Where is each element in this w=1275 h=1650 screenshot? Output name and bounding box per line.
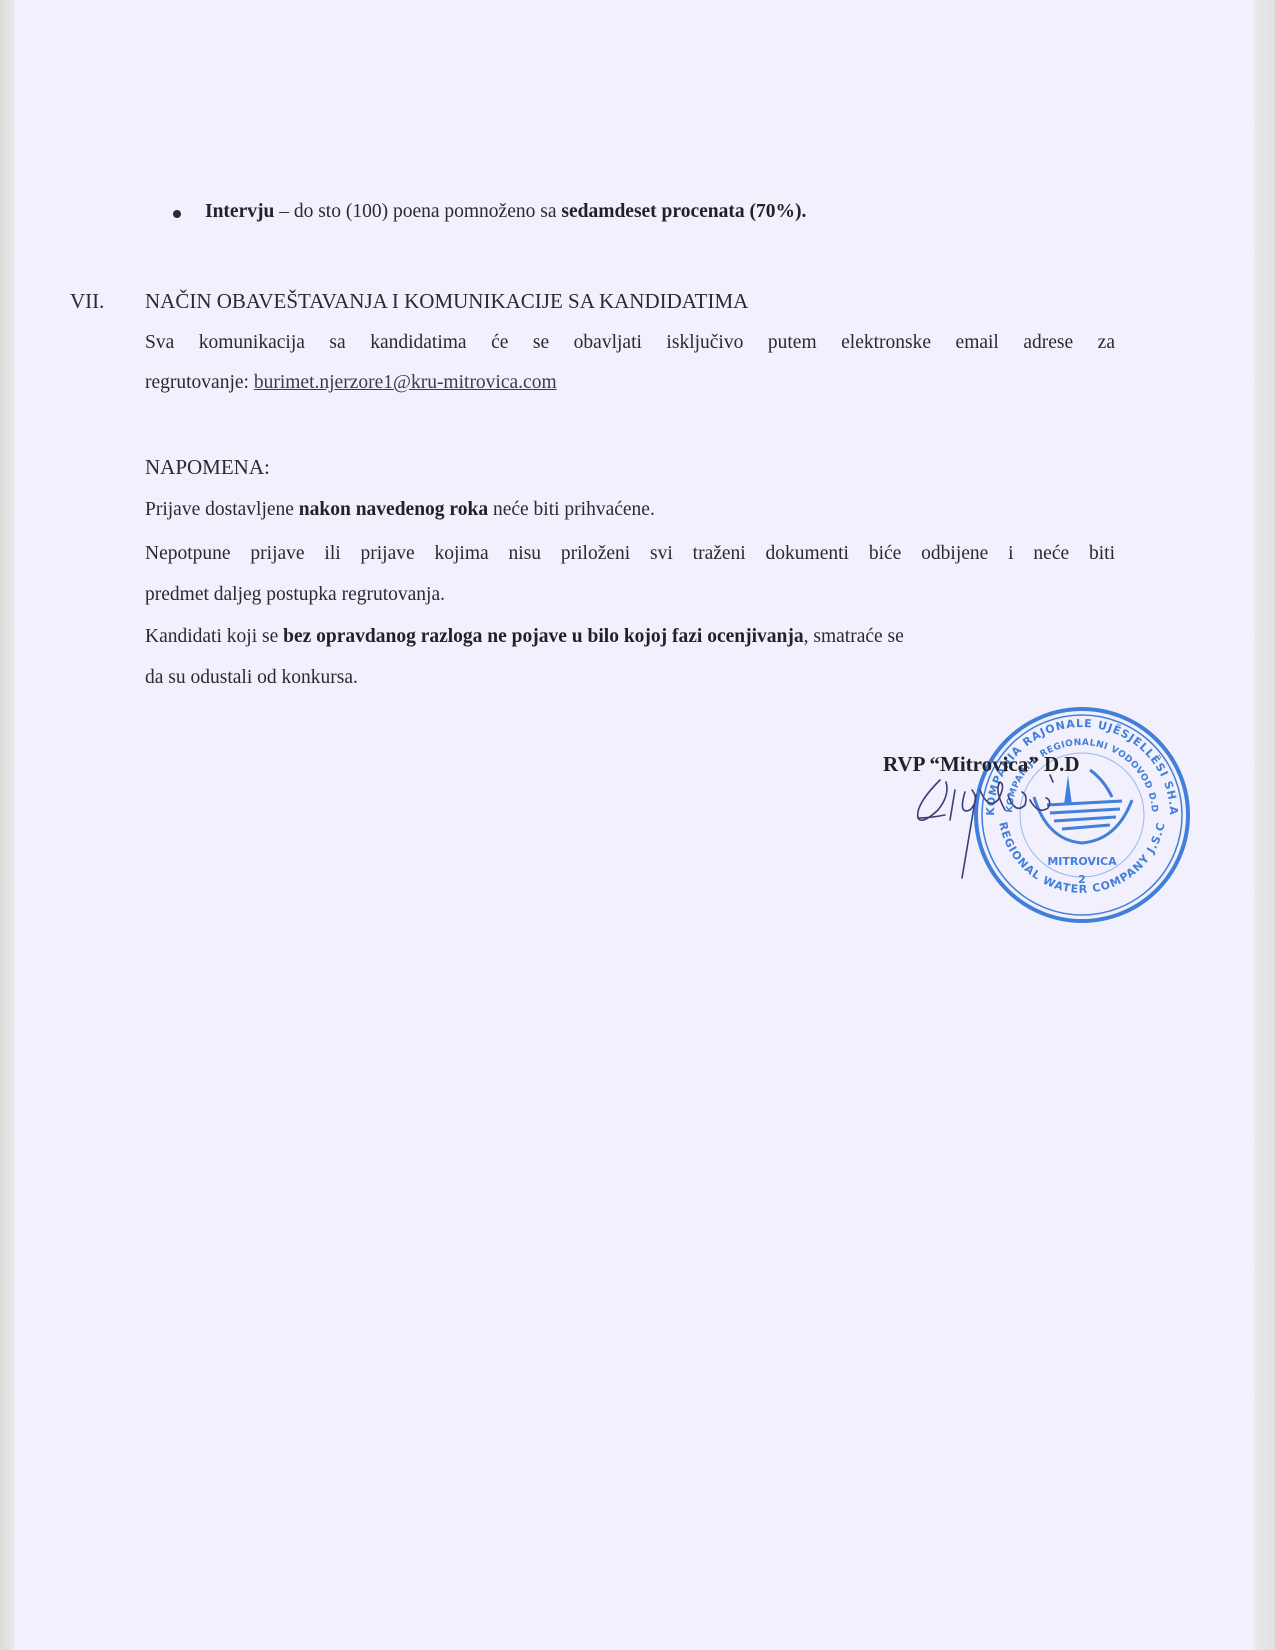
- section-number: VII.: [70, 289, 104, 314]
- recruitment-email-link[interactable]: burimet.njerzore1@kru-mitrovica.com: [254, 372, 557, 393]
- section-title: NAČIN OBAVEŠTAVANJA I KOMUNIKACIJE SA KA…: [145, 289, 748, 314]
- note-line-2: Nepotpune prijave ili prijave kojima nis…: [145, 543, 1115, 565]
- note-line-4: Kandidati koji se bez opravdanog razloga…: [145, 626, 904, 648]
- note-line-4-post: , smatraće se: [804, 626, 904, 647]
- bullet-label: Intervju: [205, 201, 274, 222]
- bullet-interview: Intervju – do sto (100) poena pomnoženo …: [205, 201, 806, 223]
- note-line-1-post: neće biti prihvaćene.: [488, 499, 655, 520]
- note-line-3: predmet daljeg postupka regrutovanja.: [145, 584, 445, 606]
- page-edge-right: [1254, 0, 1275, 1650]
- email-prefix: regrutovanje:: [145, 372, 254, 393]
- note-heading: NAPOMENA:: [145, 455, 270, 480]
- page-edge-left: [0, 0, 14, 1650]
- note-line-1-bold: nakon navedenog roka: [299, 499, 488, 520]
- section-paragraph-line-2: regrutovanje: burimet.njerzore1@kru-mitr…: [145, 372, 557, 394]
- svg-text:2: 2: [1078, 873, 1086, 886]
- note-line-1-pre: Prijave dostavljene: [145, 499, 299, 520]
- note-line-5: da su odustali od konkursa.: [145, 667, 358, 689]
- note-line-1: Prijave dostavljene nakon navedenog roka…: [145, 499, 655, 521]
- note-line-4-bold: bez opravdanog razloga ne pojave u bilo …: [283, 626, 804, 647]
- section-paragraph-line-1: Sva komunikacija sa kandidatima će se ob…: [145, 332, 1115, 354]
- bullet-emphasis: sedamdeset procenata (70%).: [561, 201, 806, 222]
- handwritten-signature-icon: [910, 770, 1070, 880]
- bullet-icon: [173, 210, 181, 218]
- note-line-4-pre: Kandidati koji se: [145, 626, 283, 647]
- bullet-text: – do sto (100) poena pomnoženo sa: [274, 201, 561, 222]
